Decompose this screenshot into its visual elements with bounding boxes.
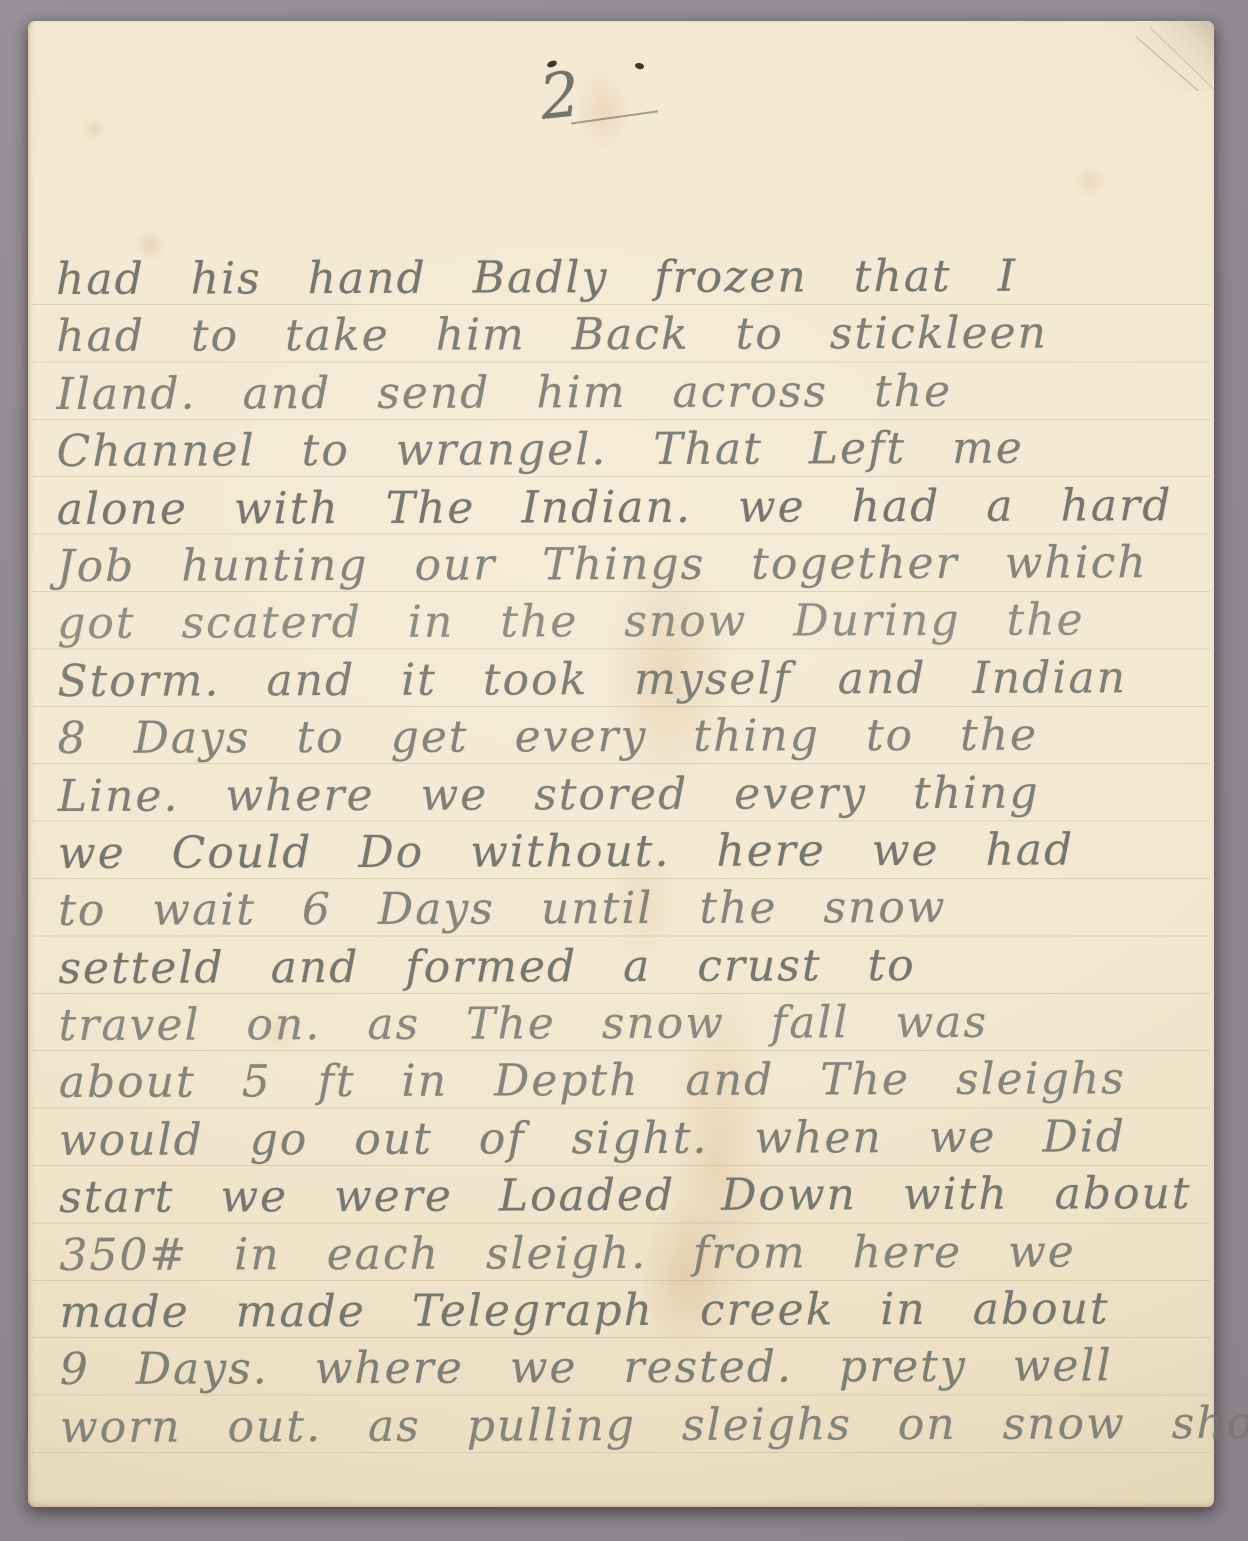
- page-number: 2: [536, 57, 583, 134]
- letter-line: would go out of sight. when we Did: [59, 1108, 1209, 1169]
- letter-line: start we were Loaded Down with about: [59, 1165, 1209, 1226]
- letter-line: 9 Days. where we rested. prety well: [60, 1337, 1210, 1398]
- letter-line: had his hand Badly frozen that I: [56, 247, 1206, 308]
- folded-corner: [1136, 21, 1214, 91]
- letter-line: worn out. as pulling sleighs on snow sho…: [60, 1395, 1210, 1456]
- letter-line: setteld and formed a crust to: [58, 936, 1208, 997]
- letter-line: Storm. and it took myself and Indian: [57, 649, 1207, 710]
- letter-line: 350# in each sleigh. from here we: [59, 1223, 1209, 1284]
- letter-line: travel on. as The snow fall was: [59, 993, 1209, 1054]
- letter-line: about 5 ft in Depth and The sleighs: [59, 1050, 1209, 1111]
- crease-line: [1136, 31, 1213, 91]
- letter-line: alone with The Indian. we had a hard: [57, 477, 1207, 538]
- letter-line: Channel to wrangel. That Left me: [57, 419, 1207, 480]
- letter-line: had to take him Back to stickleen: [56, 304, 1206, 365]
- crease-line: [1150, 27, 1214, 91]
- scan-background: 2 had his hand Badly frozen that I had t…: [0, 0, 1248, 1541]
- letter-line: Job hunting our Things together which: [57, 534, 1207, 595]
- letter-line: Line. where we stored every thing: [58, 764, 1208, 825]
- letter-line: Iland. and send him across the: [56, 362, 1206, 423]
- ink-speck: [634, 62, 645, 71]
- letter-line: made made Telegraph creek in about: [60, 1280, 1210, 1341]
- letter-line: got scaterd in the snow During the: [57, 591, 1207, 652]
- letter-page: 2 had his hand Badly frozen that I had t…: [28, 21, 1214, 1507]
- letter-line: we Could Do without. here we had: [58, 821, 1208, 882]
- letter-line: to wait 6 Days until the snow: [58, 878, 1208, 939]
- letter-line: 8 Days to get every thing to the: [58, 706, 1208, 767]
- letter-body: had his hand Badly frozen that I had to …: [56, 247, 1210, 1456]
